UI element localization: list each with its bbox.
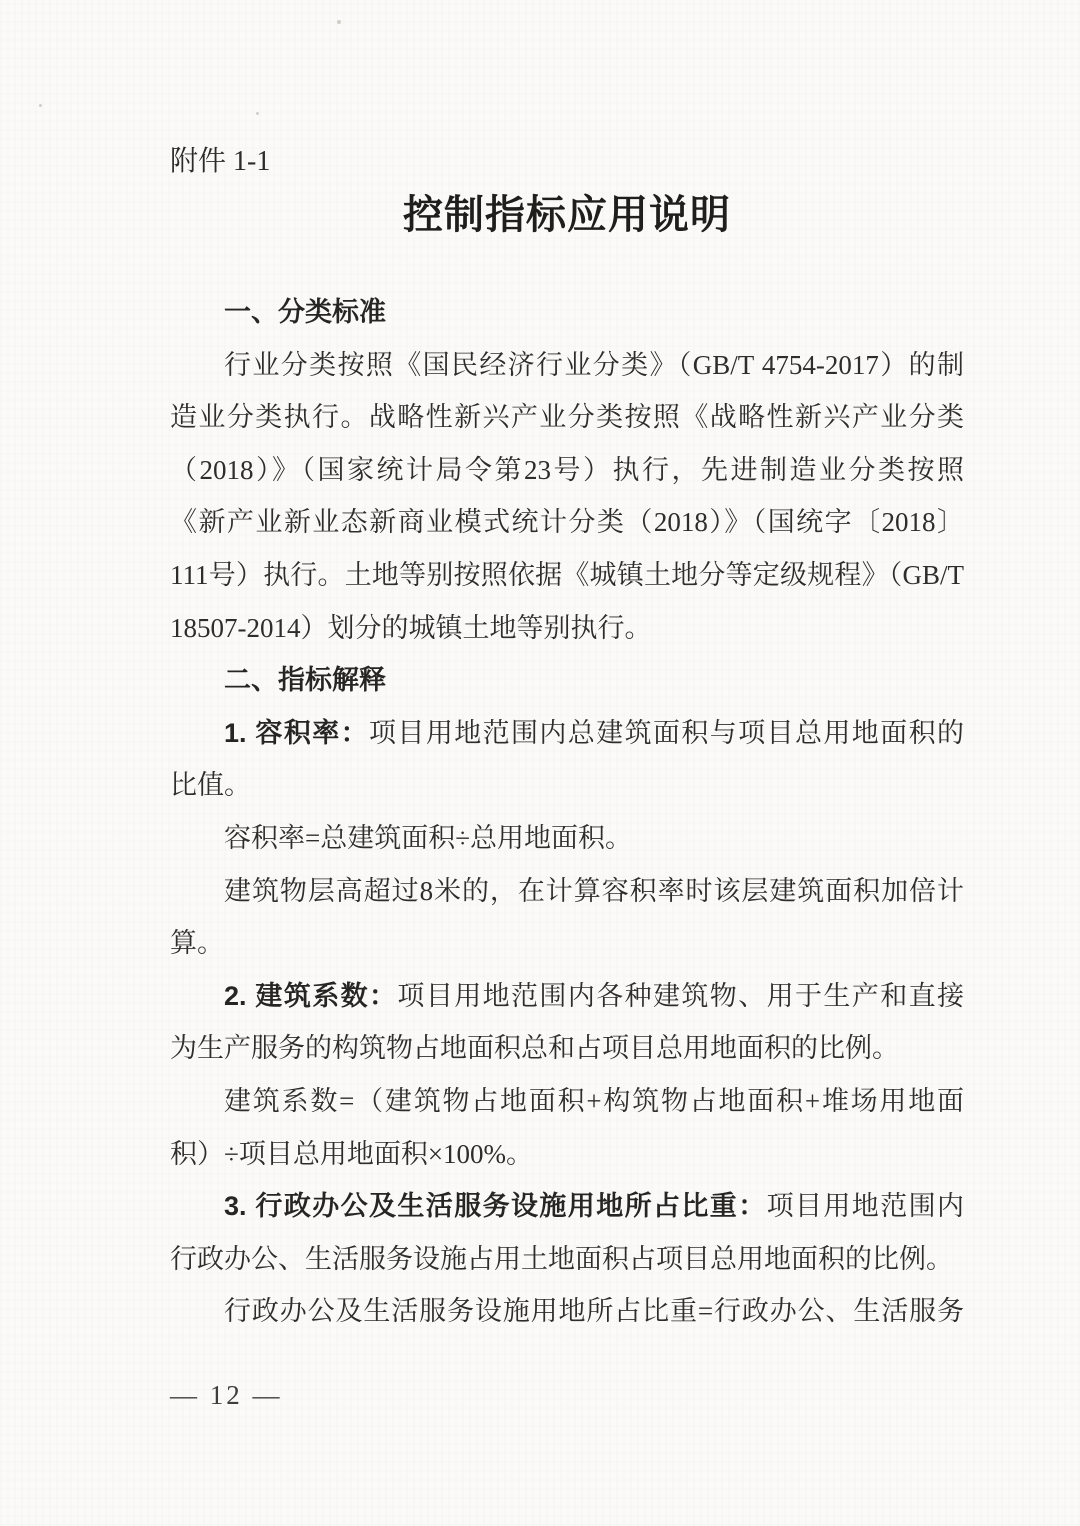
text-line: 比值。 (170, 759, 964, 812)
document-body: 一、分类标准 行业分类按照《国民经济行业分类》（GB/T 4754-2017）的… (170, 286, 964, 1338)
line-text: （2018）》（国家统计局令第23号）执行，先进制造业分类按照 (170, 455, 964, 485)
text-line: （2018）》（国家统计局令第23号）执行，先进制造业分类按照 (170, 444, 964, 497)
document-title: 控制指标应用说明 (170, 190, 964, 240)
text-line: 造业分类执行。战略性新兴产业分类按照《战略性新兴产业分类 (170, 391, 964, 444)
line-text: 积）÷项目总用地面积×100%。 (170, 1139, 533, 1169)
line-text: 比值。 (170, 770, 251, 800)
bold-term: 3. 行政办公及生活服务设施用地所占比重： (224, 1191, 767, 1221)
heading-text: 二、指标解释 (224, 665, 386, 695)
heading-text: 一、分类标准 (224, 297, 386, 327)
page-number: — 12 — (170, 1378, 283, 1412)
text-line: 18507-2014）划分的城镇土地等别执行。 (170, 602, 964, 655)
line-text: 算。 (170, 928, 224, 958)
scan-speck (39, 104, 42, 107)
text-line: 建筑系数=（建筑物占地面积+构筑物占地面积+堆场用地面 (170, 1075, 964, 1128)
line-text: 造业分类执行。战略性新兴产业分类按照《战略性新兴产业分类 (170, 402, 964, 432)
bold-term: 1. 容积率： (224, 718, 369, 748)
line-text: 《新产业新业态新商业模式统计分类（2018）》（国统字〔2018〕 (170, 507, 964, 537)
attachment-label: 附件 1-1 (170, 144, 270, 180)
line-text: 行政办公及生活服务设施用地所占比重=行政办公、生活服务 (224, 1296, 964, 1326)
text-line: 3. 行政办公及生活服务设施用地所占比重：项目用地范围内 (170, 1180, 964, 1233)
text-line: 111号）执行。土地等别按照依据《城镇土地分等定级规程》（GB/T (170, 549, 964, 602)
line-text: 行政办公、生活服务设施占用土地面积占项目总用地面积的比例。 (170, 1244, 953, 1274)
text-line: 建筑物层高超过8米的，在计算容积率时该层建筑面积加倍计 (170, 865, 964, 918)
text-line: 容积率=总建筑面积÷总用地面积。 (170, 812, 964, 865)
line-text: 项目用地范围内 (767, 1191, 964, 1221)
section-heading: 二、指标解释 (170, 654, 964, 707)
line-text: 容积率=总建筑面积÷总用地面积。 (224, 823, 632, 853)
line-text: 建筑系数=（建筑物占地面积+构筑物占地面积+堆场用地面 (224, 1086, 964, 1116)
text-line: 算。 (170, 917, 964, 970)
text-line: 为生产服务的构筑物占地面积总和占项目总用地面积的比例。 (170, 1022, 964, 1075)
section-heading: 一、分类标准 (170, 286, 964, 339)
text-line: 2. 建筑系数：项目用地范围内各种建筑物、用于生产和直接 (170, 970, 964, 1023)
line-text: 行业分类按照《国民经济行业分类》（GB/T 4754-2017）的制 (224, 350, 964, 380)
scan-speck (256, 112, 259, 115)
text-line: 《新产业新业态新商业模式统计分类（2018）》（国统字〔2018〕 (170, 496, 964, 549)
text-line: 积）÷项目总用地面积×100%。 (170, 1128, 964, 1181)
line-text: 111号）执行。土地等别按照依据《城镇土地分等定级规程》（GB/T (170, 560, 964, 590)
text-line: 1. 容积率：项目用地范围内总建筑面积与项目总用地面积的 (170, 707, 964, 760)
text-line: 行业分类按照《国民经济行业分类》（GB/T 4754-2017）的制 (170, 339, 964, 392)
line-text: 建筑物层高超过8米的，在计算容积率时该层建筑面积加倍计 (224, 876, 964, 906)
text-line: 行政办公、生活服务设施占用土地面积占项目总用地面积的比例。 (170, 1233, 964, 1286)
text-line: 行政办公及生活服务设施用地所占比重=行政办公、生活服务 (170, 1285, 964, 1338)
scan-speck (337, 20, 341, 24)
line-text: 项目用地范围内各种建筑物、用于生产和直接 (397, 981, 964, 1011)
line-text: 18507-2014）划分的城镇土地等别执行。 (170, 613, 652, 643)
line-text: 为生产服务的构筑物占地面积总和占项目总用地面积的比例。 (170, 1033, 899, 1063)
line-text: 项目用地范围内总建筑面积与项目总用地面积的 (369, 718, 964, 748)
bold-term: 2. 建筑系数： (224, 981, 397, 1011)
